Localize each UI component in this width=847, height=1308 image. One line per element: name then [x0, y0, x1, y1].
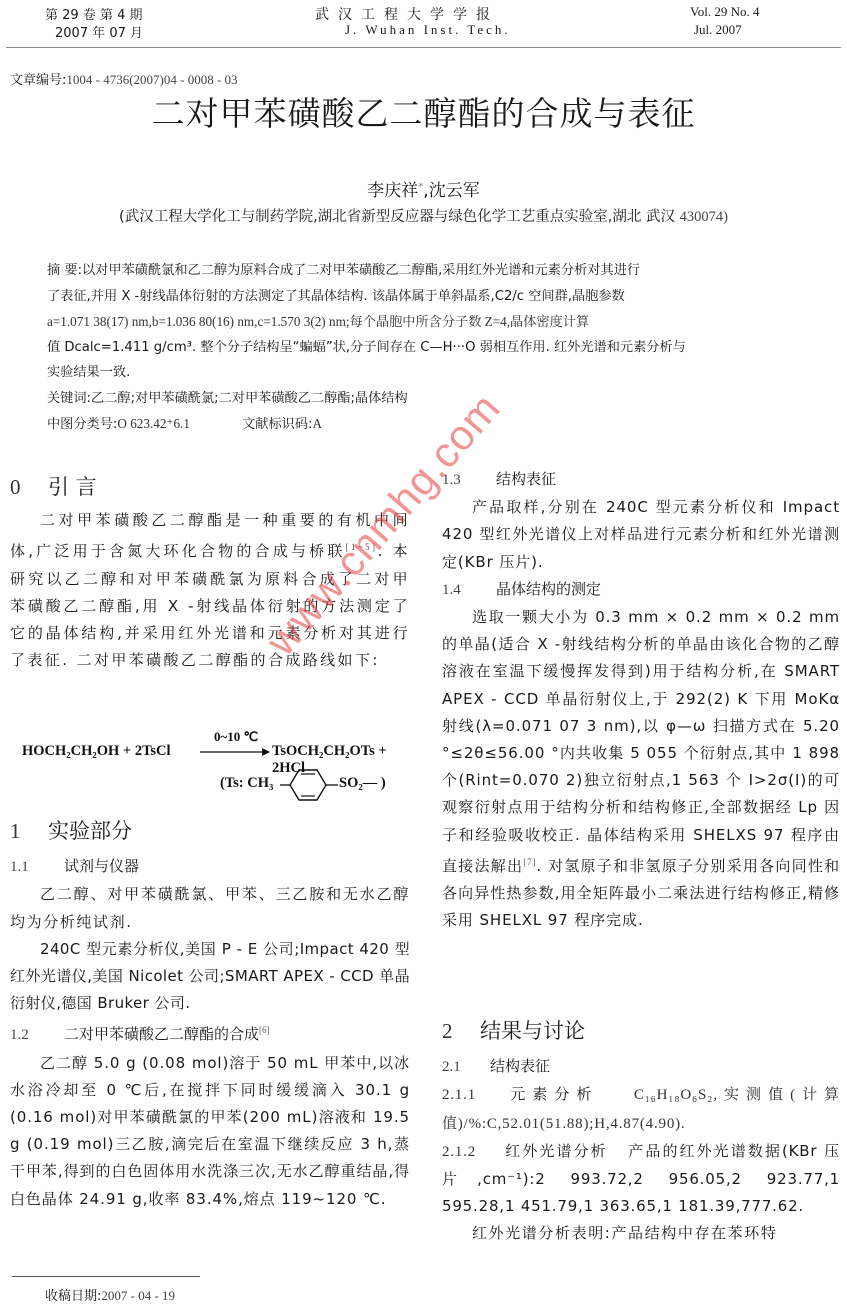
subsection-heading: 1.2二对甲苯磺酸乙二醇酯的合成[6] [10, 1017, 410, 1049]
author-1: 李庆祥 [367, 181, 418, 201]
characterization-paragraph: 产品取样,分别在 240C 型元素分析仪和 Impact 420 型红外光谱仪上… [442, 494, 840, 576]
section-heading: 2结果与讨论 [442, 1018, 840, 1045]
volume-en: Vol. 29 No. 4 [690, 4, 759, 20]
ir-analysis: 2.1.2红外光谱分析 产品的红外光谱数据(KBr 压片,cm⁻¹):2 993… [442, 1138, 840, 1221]
journal-cn: 武汉工程大学学报 [315, 4, 499, 24]
running-header: 第 29 卷 第 4 期 2007 年 07 月 武汉工程大学学报 J. Wuh… [0, 0, 847, 48]
section-1: 1实验部分 1.1试剂与仪器 乙二醇、对甲苯磺酰氯、甲苯、三乙胺和无水乙醇均为分… [10, 818, 410, 1213]
volume-cn: 第 29 卷 第 4 期 [45, 4, 142, 23]
citation[interactable]: [7] [523, 857, 536, 867]
article-number-label: 文章编号: [10, 73, 66, 88]
paper-title: 二对甲苯磺酸乙二醇酯的合成与表征 [0, 88, 847, 135]
subsection-heading: 2.1结构表征 [442, 1053, 840, 1081]
date-en: Jul. 2007 [694, 22, 742, 38]
abstract-line: 摘 要:以对甲苯磺酰氯和乙二醇为原料合成了二对甲苯磺酸乙二醇酯,采用红外光谱和元… [47, 258, 807, 284]
ts-note-a: (Ts: CH₃ [220, 775, 273, 792]
received-date: 收稿日期:2007 - 04 - 19 [45, 1285, 175, 1304]
citation[interactable]: [1~5] [346, 542, 378, 552]
section-0: 0引 言 二对甲苯磺酸乙二醇酯是一种重要的有机中间体,广泛用于含氮大环化合物的合… [10, 474, 410, 674]
doc-code-value: A [313, 416, 323, 431]
author-2: ,沈云军 [423, 181, 479, 201]
section-2: 2结果与讨论 2.1结构表征 2.1.1元素分析 C₁₆H₁₈O₆S₂,实测值(… [442, 1018, 840, 1248]
subsection-heading: 1.1试剂与仪器 [10, 853, 410, 881]
abstract-line: 实验结果一致. [47, 360, 807, 386]
footnote-divider [12, 1276, 200, 1277]
classification: 中图分类号:O 623.42⁺6.1 文献标识码:A [47, 413, 322, 432]
subsection-heading: 1.3结构表征 [442, 466, 840, 494]
keywords: 关键词:乙二醇;对甲苯磺酰氯;二对甲苯磺酸乙二醇酯;晶体结构 [47, 387, 408, 406]
reagents-paragraph: 乙二醇、对甲苯磺酰氯、甲苯、三乙胺和无水乙醇均为分析纯试剂. [10, 881, 410, 935]
reaction-arrow-icon [200, 747, 270, 757]
affiliation-text: (武汉工程大学化工与制药学院,湖北省新型反应器与绿色化学工艺重点实验室,湖北 武… [119, 209, 680, 225]
reactants: HOCH₂CH₂OH + 2TsCl [22, 743, 171, 760]
synthesis-paragraph: 乙二醇 5.0 g (0.08 mol)溶于 50 mL 甲苯中,以冰水浴冷却至… [10, 1050, 410, 1213]
received-label: 收稿日期: [45, 1289, 101, 1304]
abstract: 摘 要:以对甲苯磺酰氯和乙二醇为原料合成了二对甲苯磺酸乙二醇酯,采用红外光谱和元… [47, 258, 807, 386]
affiliation-zip: 430074) [680, 209, 728, 225]
clc-label: 中图分类号: [47, 417, 117, 432]
authors: 李庆祥*,沈云军 [0, 176, 847, 201]
reaction-condition: 0~10 ℃ [214, 729, 258, 745]
affiliation: (武汉工程大学化工与制药学院,湖北省新型反应器与绿色化学工艺重点实验室,湖北 武… [0, 205, 847, 226]
abstract-line: 值 Dcalc=1.411 g/cm³. 整个分子结构呈“蝙蝠”状,分子间存在 … [47, 335, 807, 361]
section-heading: 0引 言 [10, 474, 410, 501]
article-number-value: 1004 - 4736(2007)04 - 0008 - 03 [66, 72, 237, 87]
abstract-label: 摘 要: [47, 263, 82, 278]
keywords-label: 关键词: [47, 391, 91, 406]
received-value: 2007 - 04 - 19 [101, 1288, 175, 1303]
elemental-analysis: 2.1.1元素分析 C₁₆H₁₈O₆S₂,实测值(计算值)/%:C,52.01(… [442, 1081, 840, 1137]
header-divider [6, 47, 841, 48]
date-cn: 2007 年 07 月 [55, 22, 143, 41]
article-number: 文章编号:1004 - 4736(2007)04 - 0008 - 03 [10, 69, 238, 88]
abstract-line: 了表征,并用 X -射线晶体衍射的方法测定了其晶体结构. 该晶体属于单斜晶系,C… [47, 284, 807, 310]
subsection-heading: 1.4晶体结构的测定 [442, 576, 840, 604]
clc-value: O 623.42⁺6.1 [117, 416, 190, 431]
reaction-scheme: HOCH₂CH₂OH + 2TsCl 0~10 ℃ TsOCH₂CH₂OTs +… [22, 733, 422, 799]
intro-paragraph: 二对甲苯磺酸乙二醇酯是一种重要的有机中间体,广泛用于含氮大环化合物的合成与桥联[… [10, 507, 410, 674]
journal-en: J. Wuhan Inst. Tech. [345, 22, 511, 38]
citation[interactable]: [6] [259, 1025, 270, 1035]
doc-code-label: 文献标识码: [242, 417, 312, 432]
crystal-paragraph: 选取一颗大小为 0.3 mm × 0.2 mm × 0.2 mm的单晶(适合 X… [442, 604, 840, 934]
abstract-line: a=1.071 38(17) nm,b=1.036 80(16) nm,c=1.… [47, 309, 807, 335]
ir-discussion: 红外光谱分析表明:产品结构中存在苯环特 [442, 1220, 840, 1247]
section-heading: 1实验部分 [10, 818, 410, 845]
section-1-continued: 1.3结构表征 产品取样,分别在 240C 型元素分析仪和 Impact 420… [442, 466, 840, 934]
ts-note-b: SO₂— ) [339, 775, 386, 792]
keywords-value: 乙二醇;对甲苯磺酰氯;二对甲苯磺酸乙二醇酯;晶体结构 [91, 391, 408, 406]
instruments-paragraph: 240C 型元素分析仪,美国 P - E 公司;Impact 420 型红外光谱… [10, 936, 410, 1018]
benzene-ring-icon [280, 765, 338, 805]
